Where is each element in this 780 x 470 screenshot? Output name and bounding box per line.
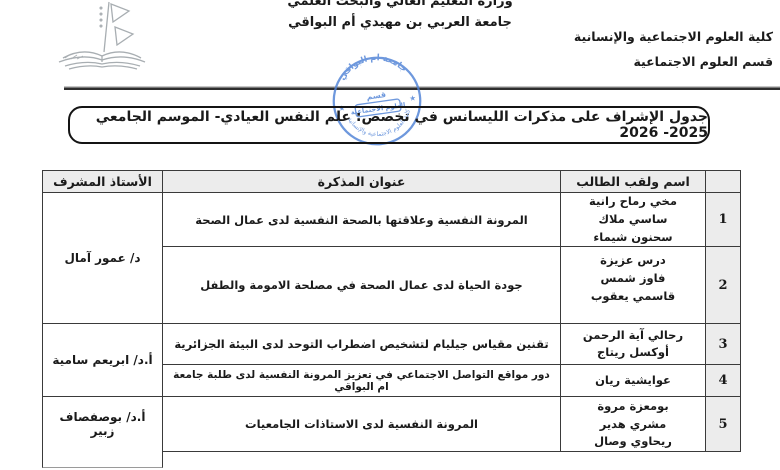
faculty-line: كلية العلوم الاجتماعية والإنسانية — [574, 24, 773, 49]
university-line: جامعة العربي بن مهيدي أم البواقي — [250, 12, 550, 33]
student-name: ساسي ملاك — [565, 211, 701, 229]
header-thesis: عنوان المذكرة — [163, 171, 561, 193]
student-name: سحنون شيماء — [565, 229, 701, 247]
university-logo-icon — [45, 0, 160, 82]
thesis-title: المرونة النفسية لدى الاستاذات الجامعيات — [163, 397, 561, 452]
students-cell: مخي رماح رانية ساسي ملاك سحنون شيماء — [561, 193, 706, 247]
header-supervisor: الأستاذ المشرف — [43, 171, 163, 193]
row-number: 3 — [706, 324, 741, 365]
students-cell: عوايشية ريان — [561, 365, 706, 397]
table-row: 3 رحالي آية الرحمن أوكسل ريتاج تقنين مقي… — [43, 324, 741, 365]
student-name: بومعزة مروة — [565, 398, 701, 416]
table-row: 1 مخي رماح رانية ساسي ملاك سحنون شيماء ا… — [43, 193, 741, 247]
supervisor-cell-extension — [42, 445, 163, 468]
stamp-star-right-icon: ★ — [409, 93, 417, 103]
supervisor-name: أ.د/ بوصفصاف زبير — [43, 397, 163, 452]
table-header-row: اسم ولقب الطالب عنوان المذكرة الأستاذ ال… — [43, 171, 741, 193]
letterhead-center: وزارة التعليم العالي والبحث العلمي جامعة… — [250, 0, 550, 33]
row-number: 2 — [706, 247, 741, 324]
student-name: رحالي آية الرحمن — [565, 327, 701, 345]
letterhead-right: كلية العلوم الاجتماعية والإنسانية قسم ال… — [574, 24, 773, 74]
department-line: قسم العلوم الاجتماعية — [574, 49, 773, 74]
document-page: وزارة التعليم العالي والبحث العلمي جامعة… — [0, 0, 780, 470]
students-cell: رحالي آية الرحمن أوكسل ريتاج — [561, 324, 706, 365]
supervision-table: اسم ولقب الطالب عنوان المذكرة الأستاذ ال… — [42, 170, 741, 452]
students-cell: درس عزيزة فاوز شمس قاسمي يعقوب — [561, 247, 706, 324]
student-name: عوايشية ريان — [565, 372, 701, 390]
student-name: قاسمي يعقوب — [565, 288, 701, 306]
row-number: 4 — [706, 365, 741, 397]
student-name: مشري هدير — [565, 416, 701, 434]
thesis-title: تقنين مقياس جيليام لتشخيص اضطراب التوحد … — [163, 324, 561, 365]
student-name: مخي رماح رانية — [565, 193, 701, 211]
table-row: 5 بومعزة مروة مشري هدير ريحاوي وصال المر… — [43, 397, 741, 452]
row-number: 1 — [706, 193, 741, 247]
student-name: أوكسل ريتاج — [565, 344, 701, 362]
row-number: 5 — [706, 397, 741, 452]
stamp-center-line1: قسم — [366, 90, 387, 102]
header-number — [706, 171, 741, 193]
thesis-title: المرونة النفسية وعلاقتها بالصحة النفسية … — [163, 193, 561, 247]
thesis-title: دور مواقع التواصل الاجتماعي في تعزيز الم… — [163, 365, 561, 397]
student-name: فاوز شمس — [565, 270, 701, 288]
svg-text:جامعة أم البواقي: جامعة أم البواقي — [334, 48, 410, 83]
document-title-box: جدول الإشراف على مذكرات الليسانس في تخصص… — [68, 106, 710, 144]
supervisor-name: أ.د/ ابريعم سامية — [43, 324, 163, 397]
header-student: اسم ولقب الطالب — [561, 171, 706, 193]
document-title: جدول الإشراف على مذكرات الليسانس في تخصص… — [70, 109, 708, 141]
supervisor-name: د/ عمور آمال — [43, 193, 163, 324]
students-cell: بومعزة مروة مشري هدير ريحاوي وصال — [561, 397, 706, 452]
ministry-line: وزارة التعليم العالي والبحث العلمي — [250, 0, 550, 12]
stamp-arc-top-text: جامعة أم البواقي — [334, 48, 410, 83]
student-name: ريحاوي وصال — [565, 433, 701, 451]
thesis-title: جودة الحياة لدى عمال الصحة في مصلحة الام… — [163, 247, 561, 324]
student-name: درس عزيزة — [565, 252, 701, 270]
